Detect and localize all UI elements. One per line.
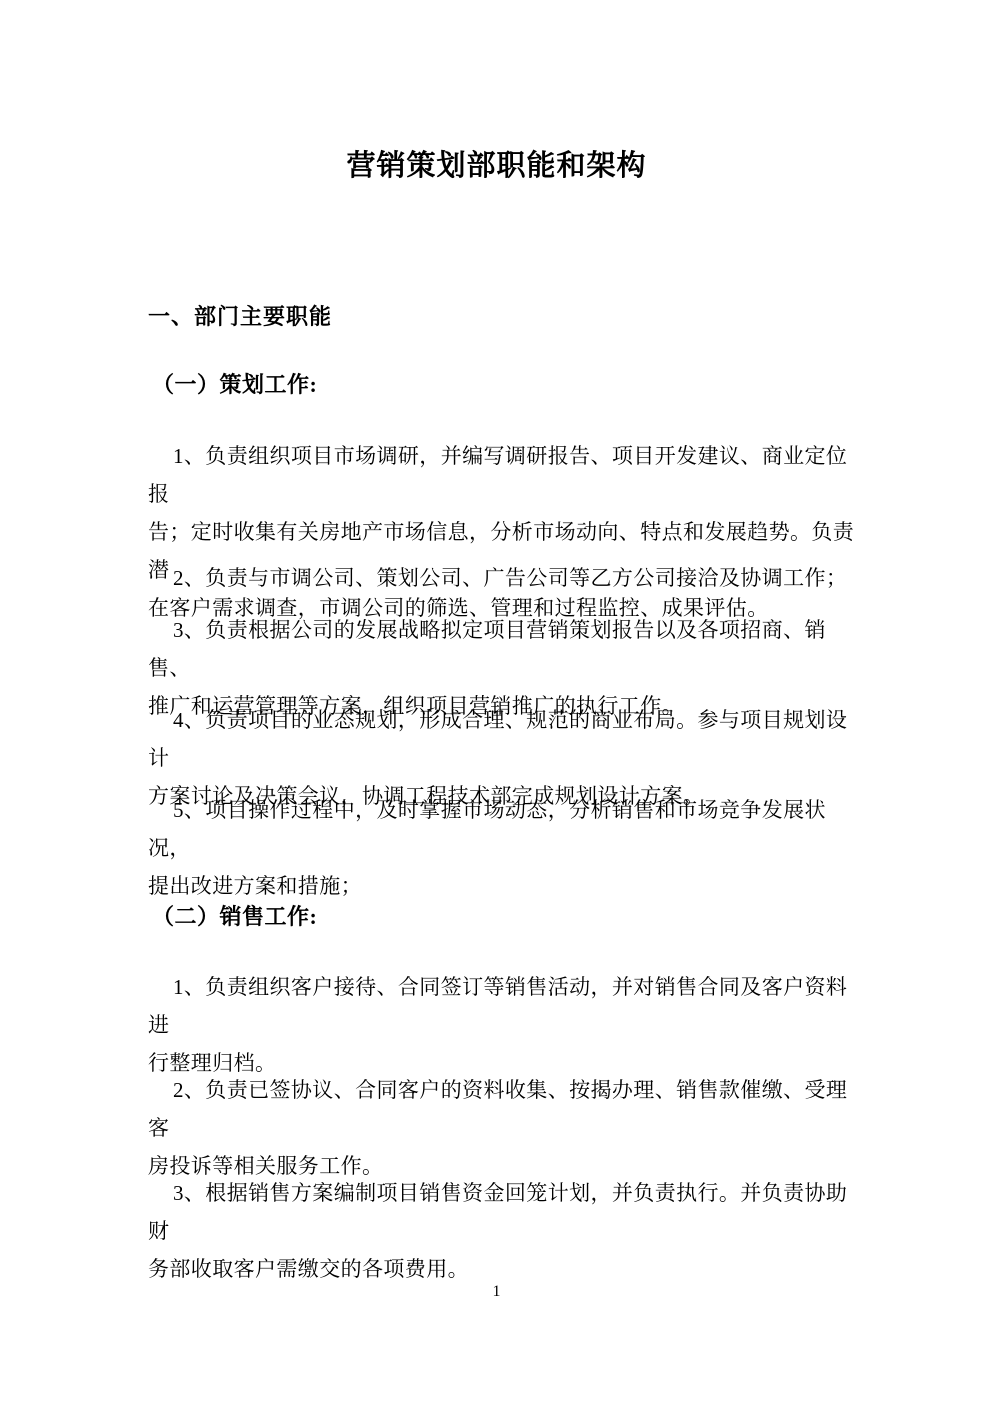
document-page: 营销策划部职能和架构 一、部门主要职能 （一）策划工作: 1、负责组织项目市场调… — [0, 0, 993, 1404]
sales-paragraph-3: 3、根据销售方案编制项目销售资金回笼计划，并负责执行。并负责协助财 务部收取客户… — [148, 1174, 856, 1288]
planning-paragraph-1: 1、负责组织项目市场调研，并编写调研报告、项目开发建议、商业定位报 告；定时收集… — [148, 437, 856, 627]
planning-paragraph-5: 5、项目操作过程中，及时掌握市场动态，分析销售和市场竞争发展状况， 提出改进方案… — [148, 791, 856, 905]
sales-paragraph-1: 1、负责组织客户接待、合同签订等销售活动，并对销售合同及客户资料进 行整理归档。 — [148, 968, 856, 1082]
document-title: 营销策划部职能和架构 — [0, 146, 993, 186]
sales-paragraph-2: 2、负责已签协议、合同客户的资料收集、按揭办理、销售款催缴、受理客 房投诉等相关… — [148, 1071, 856, 1185]
subsection-heading-sales-work: （二）销售工作: — [152, 902, 317, 932]
subsection-heading-planning-work: （一）策划工作: — [152, 370, 317, 400]
section-heading-main-functions: 一、部门主要职能 — [148, 302, 332, 332]
planning-paragraph-2: 2、负责与市调公司、策划公司、广告公司等乙方公司接洽及协调工作； — [148, 559, 856, 597]
page-number: 1 — [0, 1281, 993, 1303]
